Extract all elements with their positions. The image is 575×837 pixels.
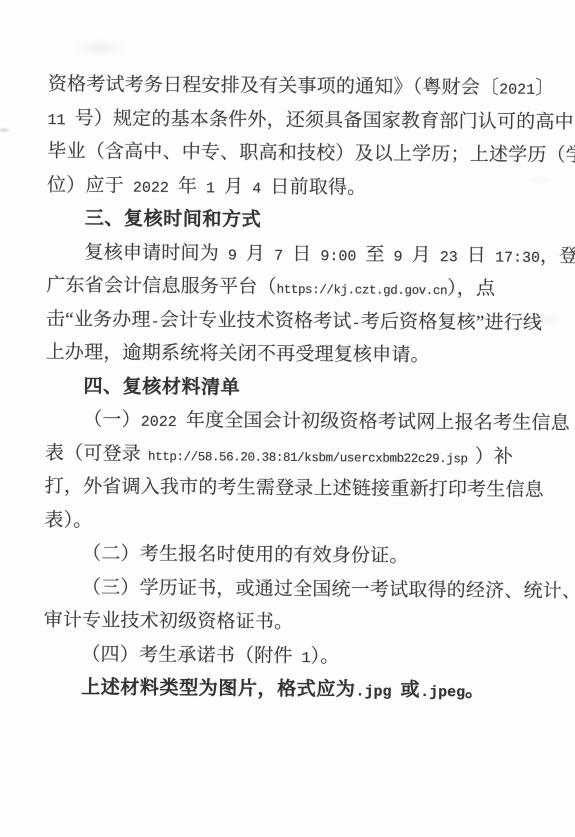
latin-text-run: - [151,313,160,330]
text-line: 表（可登录 http://58.56.20.38:81/ksbm/usercxb… [45,436,527,473]
heading-line: 上述材料类型为图片，格式应为.jpg 或.jpeg。 [43,671,525,708]
latin-text-run: 1 [293,649,311,666]
latin-text-run: 2022 [124,179,178,196]
text-line: 资格考试考务日程安排及有关事项的通知》（粤财会〔2021〕 [48,68,530,105]
text-line: 击“业务办理-会计专业技术资格考试-考后资格复核”进行线 [46,302,528,339]
text-line: 打，外省调入我市的考生需登录上述链接重新打印考生信息 [45,470,527,507]
heading-line: 三、复核时间和方式 [47,202,529,239]
latin-text-run: https://kj.czt.gd.gov.cn [277,283,448,298]
text-line: 广东省会计信息服务平台（https://kj.czt.gd.gov.cn），点 [46,269,528,306]
latin-text-run: 9 [219,247,246,264]
text-line: 位）应于 2022 年 1 月 4 日前取得。 [47,168,529,205]
latin-text-run: http://58.56.20.38:81/ksbm/usercxbmb22c2… [141,449,475,466]
latin-text-run: 1 [197,180,224,197]
latin-text-run: 17:30 [486,249,540,266]
text-line: 表）。 [44,503,526,540]
latin-text-run: 23 [431,249,467,266]
latin-text-run: 2021 [499,82,535,99]
latin-text-run: 9 [385,248,412,265]
text-line: 复核申请时间为 9 月 7 日 9:00 至 9 月 23 日 17:30，登录 [46,235,528,272]
scanned-document-page: 资格考试考务日程安排及有关事项的通知》（粤财会〔2021〕11 号）规定的基本条… [0,0,575,837]
text-line: 毕业（含高中、中专、职高和技校）及以上学历；上述学历（学 [47,135,529,172]
heading-line: 四、复核材料清单 [45,369,527,406]
latin-text-run: 9:00 [311,248,365,265]
latin-text-run: 2022 [141,414,186,431]
text-line: （二）考生报名时使用的有效身份证。 [44,537,526,574]
latin-text-run: .jpeg [420,684,465,701]
text-line: （三）学历证书，或通过全国统一考试取得的经济、统计、 [44,570,526,607]
latin-text-run: 7 [265,247,292,264]
text-line: 审计专业技术初级资格证书。 [44,604,526,641]
text-line: 上办理，逾期系统将关闭不再受理复核申请。 [46,336,528,373]
text-line: （四）考生承诺书（附件 1）。 [43,637,525,674]
latin-text-run: 11 [48,111,75,128]
latin-text-run: .jpg [355,683,400,700]
text-line: 11 号）规定的基本条件外，还须具备国家教育部门认可的高中 [47,101,529,138]
latin-text-run: - [352,315,361,332]
text-line: （一）2022 年度全国会计初级资格考试网上报名考生信息 [45,403,527,440]
latin-text-run: 4 [243,180,270,197]
document-lines: 资格考试考务日程安排及有关事项的通知》（粤财会〔2021〕11 号）规定的基本条… [43,68,530,708]
